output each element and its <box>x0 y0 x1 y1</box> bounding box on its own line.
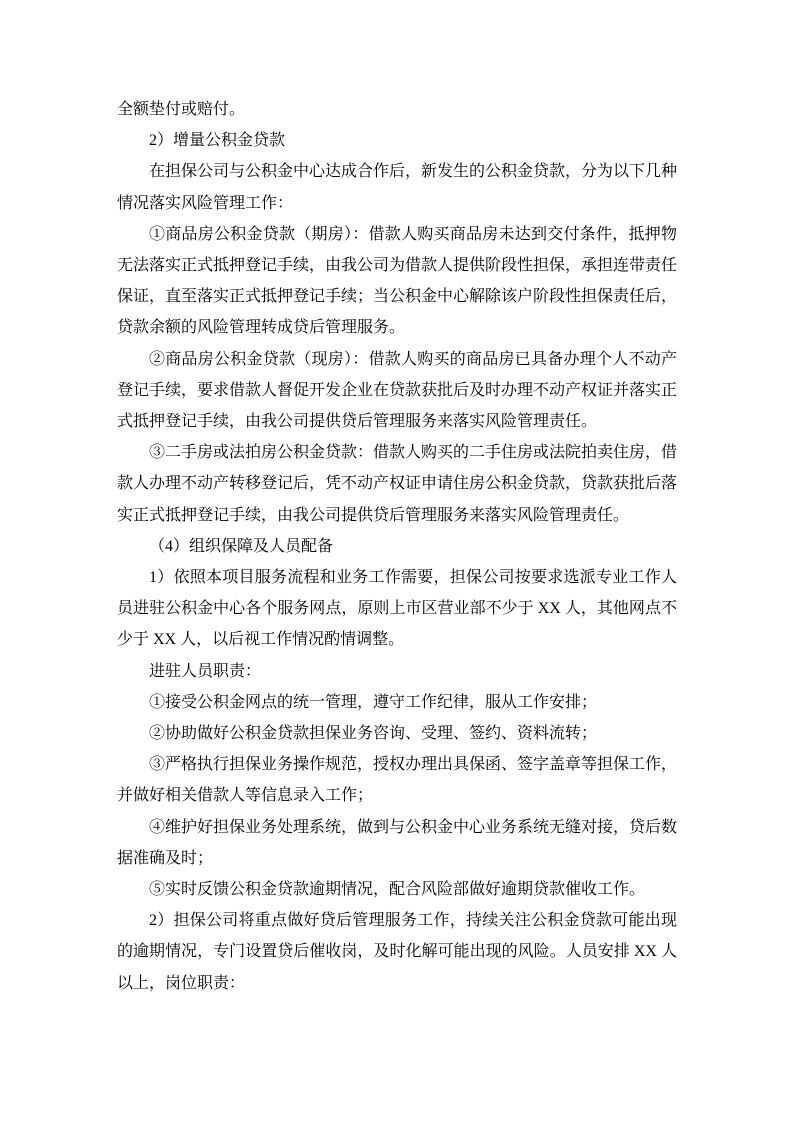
paragraph: 在担保公司与公积金中心达成合作后，新发生的公积金贷款，分为以下几种情况落实风险管… <box>117 156 677 218</box>
paragraph: ②协助做好公积金贷款担保业务咨询、受理、签约、资料流转； <box>117 718 677 749</box>
paragraph: ④维护好担保业务处理系统，做到与公积金中心业务系统无缝对接，贷后数据准确及时； <box>117 812 677 874</box>
paragraph: 2）担保公司将重点做好贷后管理服务工作，持续关注公积金贷款可能出现的逾期情况，专… <box>117 905 677 999</box>
paragraph: 2）增量公积金贷款 <box>117 125 677 156</box>
paragraph: 1）依照本项目服务流程和业务工作需要，担保公司按要求选派专业工作人员进驻公积金中… <box>117 562 677 656</box>
paragraph: ①商品房公积金贷款（期房）：借款人购买商品房未达到交付条件，抵押物无法落实正式抵… <box>117 219 677 344</box>
document-page: 全额垫付或赔付。2）增量公积金贷款在担保公司与公积金中心达成合作后，新发生的公积… <box>0 0 793 1122</box>
document-body: 全额垫付或赔付。2）增量公积金贷款在担保公司与公积金中心达成合作后，新发生的公积… <box>117 94 677 999</box>
paragraph: ③严格执行担保业务操作规范，授权办理出具保函、签字盖章等担保工作，并做好相关借款… <box>117 749 677 811</box>
paragraph: ②商品房公积金贷款（现房）：借款人购买的商品房已具备办理个人不动产登记手续，要求… <box>117 344 677 438</box>
paragraph: 进驻人员职责： <box>117 656 677 687</box>
paragraph: ③二手房或法拍房公积金贷款：借款人购买的二手住房或法院拍卖住房，借款人办理不动产… <box>117 437 677 531</box>
paragraph: 全额垫付或赔付。 <box>117 94 677 125</box>
paragraph: ①接受公积金网点的统一管理，遵守工作纪律，服从工作安排； <box>117 687 677 718</box>
paragraph: ⑤实时反馈公积金贷款逾期情况，配合风险部做好逾期贷款催收工作。 <box>117 874 677 905</box>
paragraph: （4）组织保障及人员配备 <box>117 531 677 562</box>
